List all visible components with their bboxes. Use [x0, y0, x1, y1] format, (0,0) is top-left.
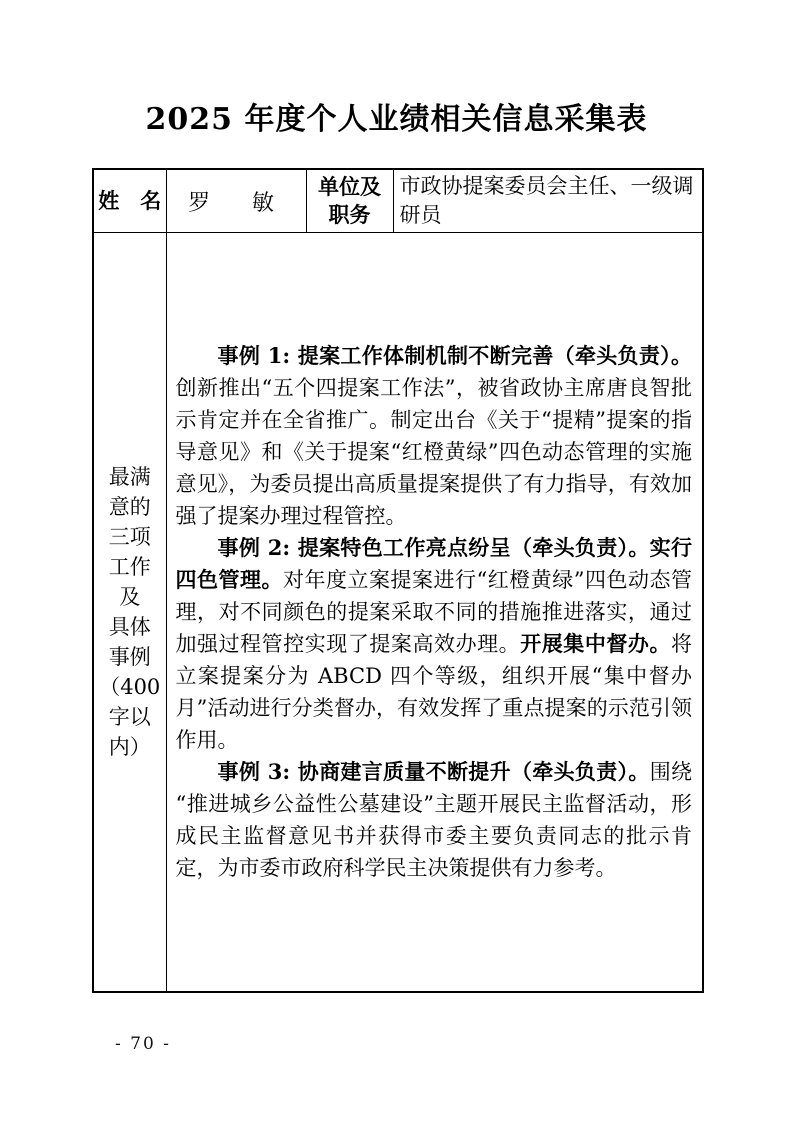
cases-cell: 事例 1: 提案工作体制机制不断完善（牵头负责）。创新推出“五个四提案工作法”，…: [166, 233, 703, 992]
section-label: 最满 意的 三项 工作 及 具体 事例 （400 字以 内）: [93, 233, 166, 992]
text-segment: 事例 1: 提案工作体制机制不断完善（牵头负责）。: [218, 343, 693, 368]
unit-position-label: 单位及 职务: [306, 169, 393, 233]
name-value: 罗 敏: [166, 169, 306, 233]
case-paragraph: 事例 2: 提案特色工作亮点纷呈（牵头负责）。实行四色管理。对年度立案提案进行“…: [176, 532, 693, 756]
unit-position-value: 市政协提案委员会主任、一级调研员: [393, 169, 703, 233]
text-segment: 事例 3: 协商建言质量不断提升（牵头负责）。: [218, 759, 650, 784]
case-paragraph: 事例 1: 提案工作体制机制不断完善（牵头负责）。创新推出“五个四提案工作法”，…: [176, 340, 693, 532]
case-paragraph: 事例 3: 协商建言质量不断提升（牵头负责）。围绕“推进城乡公益性公墓建设”主题…: [176, 756, 693, 884]
page-title: 2025 年度个人业绩相关信息采集表: [0, 94, 793, 138]
header-row: 姓 名 罗 敏 单位及 职务 市政协提案委员会主任、一级调研员: [93, 169, 703, 233]
info-table: 姓 名 罗 敏 单位及 职务 市政协提案委员会主任、一级调研员 最满 意的 三项…: [92, 168, 704, 993]
cases-row: 最满 意的 三项 工作 及 具体 事例 （400 字以 内） 事例 1: 提案工…: [93, 233, 703, 992]
text-segment: 创新推出“五个四提案工作法”，被省政协主席唐良智批示肯定并在全省推广。制定出台《…: [176, 376, 693, 528]
page-number: - 70 -: [115, 1034, 171, 1054]
text-segment: 开展集中督办。: [520, 631, 671, 656]
document-page: 2025 年度个人业绩相关信息采集表 姓 名 罗 敏 单位及 职务 市政协提案委…: [0, 0, 793, 1122]
case-paragraphs: 事例 1: 提案工作体制机制不断完善（牵头负责）。创新推出“五个四提案工作法”，…: [176, 340, 693, 884]
name-label: 姓 名: [93, 169, 166, 233]
